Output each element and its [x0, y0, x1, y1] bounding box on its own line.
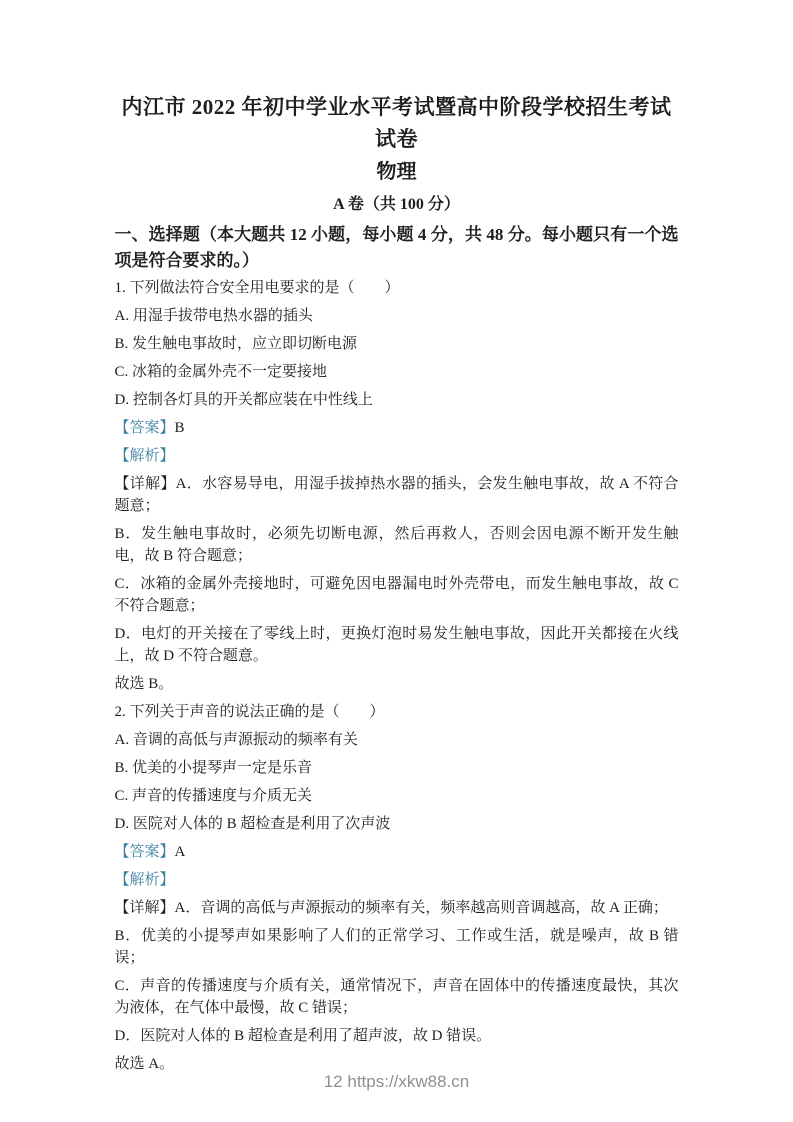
question-1-answer-value: B	[175, 420, 185, 436]
question-2-option-b: B. 优美的小提琴声一定是乐音	[115, 754, 679, 782]
question-2-analysis-row: 【解析】	[115, 866, 679, 894]
exam-title-line1: 内江市 2022 年初中学业水平考试暨高中阶段学校招生考试	[115, 91, 679, 123]
question-2-detail-d: D．医院对人体的 B 超检查是利用了超声波，故 D 错误。	[115, 1022, 679, 1050]
answer-label: 【答案】	[115, 420, 175, 436]
answer-label: 【答案】	[115, 844, 175, 860]
question-2-detail-a: 【详解】A．音调的高低与声源振动的频率有关，频率越高则音调越高，故 A 正确；	[115, 894, 679, 922]
question-1-stem: 1. 下列做法符合安全用电要求的是（ ）	[115, 274, 679, 302]
question-1-detail-a-text: A．水容易导电，用湿手拔掉热水器的插头，会发生触电事故，故 A 不符合题意；	[115, 476, 679, 514]
question-1-detail-a: 【详解】A．水容易导电，用湿手拔掉热水器的插头，会发生触电事故，故 A 不符合题…	[115, 470, 679, 520]
question-2-stem: 2. 下列关于声音的说法正确的是（ ）	[115, 698, 679, 726]
question-1-answer-row: 【答案】B	[115, 414, 679, 442]
question-1-option-c: C. 冰箱的金属外壳不一定要接地	[115, 358, 679, 386]
question-1-option-b: B. 发生触电事故时，应立即切断电源	[115, 330, 679, 358]
question-2-option-d: D. 医院对人体的 B 超检查是利用了次声波	[115, 810, 679, 838]
question-1-detail-d: D．电灯的开关接在了零线上时，更换灯泡时易发生触电事故，因此开关都接在火线上，故…	[115, 620, 679, 670]
subject-title: 物理	[115, 157, 679, 187]
page-number: 12	[324, 1072, 343, 1091]
question-1-detail-b: B．发生触电事故时，必须先切断电源，然后再救人，否则会因电源不断开发生触电，故 …	[115, 520, 679, 570]
question-1-analysis-row: 【解析】	[115, 442, 679, 470]
question-1-detail-c: C．冰箱的金属外壳接地时，可避免因电器漏电时外壳带电，而发生触电事故，故 C 不…	[115, 570, 679, 620]
analysis-label: 【解析】	[115, 448, 175, 464]
question-1-conclusion: 故选 B。	[115, 670, 679, 698]
section-a-title: A 卷（共 100 分）	[115, 193, 679, 217]
question-2-answer-row: 【答案】A	[115, 838, 679, 866]
question-2-detail-a-text: A．音调的高低与声源振动的频率有关，频率越高则音调越高，故 A 正确；	[175, 900, 668, 916]
detail-label: 【详解】	[115, 476, 176, 492]
page-footer: 12 https://xkw88.cn	[0, 1072, 793, 1092]
part-one-header: 一、选择题（本大题共 12 小题，每小题 4 分，共 48 分。每小题只有一个选…	[115, 222, 679, 274]
watermark-url: https://xkw88.cn	[347, 1072, 469, 1091]
analysis-label: 【解析】	[115, 872, 175, 888]
detail-label: 【详解】	[115, 900, 175, 916]
question-1: 1. 下列做法符合安全用电要求的是（ ） A. 用湿手拔带电热水器的插头 B. …	[115, 274, 679, 698]
question-2-option-a: A. 音调的高低与声源振动的频率有关	[115, 726, 679, 754]
question-2-answer-value: A	[175, 844, 186, 860]
exam-title-line2: 试卷	[115, 123, 679, 155]
question-1-option-a: A. 用湿手拔带电热水器的插头	[115, 302, 679, 330]
question-2-option-c: C. 声音的传播速度与介质无关	[115, 782, 679, 810]
question-2: 2. 下列关于声音的说法正确的是（ ） A. 音调的高低与声源振动的频率有关 B…	[115, 698, 679, 1078]
exam-document-page: 内江市 2022 年初中学业水平考试暨高中阶段学校招生考试 试卷 物理 A 卷（…	[115, 0, 679, 1078]
question-2-detail-b: B．优美的小提琴声如果影响了人们的正常学习、工作或生活，就是噪声，故 B 错误；	[115, 922, 679, 972]
question-2-detail-c: C．声音的传播速度与介质有关，通常情况下，声音在固体中的传播速度最快，其次为液体…	[115, 972, 679, 1022]
question-1-option-d: D. 控制各灯具的开关都应装在中性线上	[115, 386, 679, 414]
